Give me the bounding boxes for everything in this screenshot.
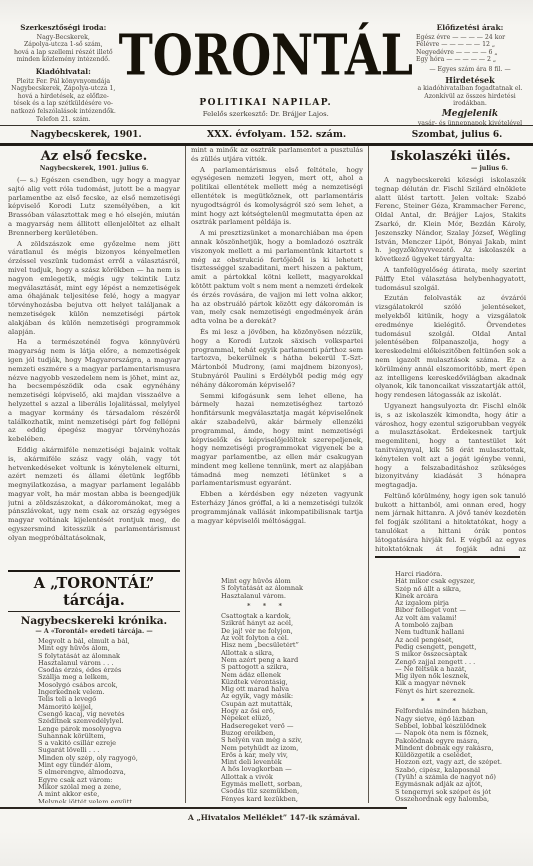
poem-line: Egymás mellett, sorban,: [221, 781, 363, 788]
publisher-lines: Pleitz Fer. Pál könyvnyomdájaNagybecsker…: [8, 78, 119, 124]
paragraph: A nagybecskereki községi iskolaszék tegn…: [375, 176, 526, 264]
poem-line: Nem petyhüdt az izom,: [221, 745, 363, 752]
poem-column-1: Megvolt a bál, elmult a bál,Mint egy hüv…: [8, 638, 180, 803]
office-lines: Nagy-Becskerek,Zápolya-utcza 1-ső szám,h…: [8, 34, 119, 64]
poem-line: Szikrát hányt az acél,: [221, 620, 363, 627]
feuilleton-header-rule: [8, 611, 180, 612]
poem-line: Nem azért peng a kard: [221, 657, 363, 664]
poem-line: S folytatását az álomnak: [38, 653, 180, 660]
poem-line: Hozzon ezt, vagy azt, de szépet.: [395, 759, 526, 766]
masthead-header: Szerkesztőségi iroda: Nagy-Becskerek,Záp…: [8, 24, 527, 124]
poem-line: A mint akkor este,: [38, 791, 180, 798]
office-line: minden közlemény intézendő.: [8, 56, 119, 64]
paragraph: A tanfelügyelőség átirata, mely szerint …: [375, 266, 526, 292]
subscription-rates: Egész évre — — — — 24 korFélévre — — — —…: [413, 34, 527, 64]
poem-line: — Ne féltsük a hazát,: [395, 666, 526, 673]
poem-line: Pedig csengett, pengett,: [395, 644, 526, 651]
poem-line: De jaj! vér ne folyjon,: [221, 628, 363, 635]
dateline-issue: XXX. évfolyam. 152. szám.: [172, 129, 381, 140]
poem-line: Hogy az ősi erő,: [221, 708, 363, 715]
column-3-rule: [375, 556, 520, 558]
poem-line: Küldözgetik a cselédet,: [395, 752, 526, 759]
masthead-center: TORONTÁL POLITIKAI NAPILAP. Felelős szer…: [119, 24, 413, 124]
paragraph: (— s.) Egészen csendben, ugy hogy a magy…: [8, 176, 180, 238]
ads-title: Hirdetések: [413, 77, 527, 85]
poem-line: Suhannak körültem,: [38, 733, 180, 740]
feuilleton-top-rule: [8, 570, 180, 572]
dateline-band: Nagybecskerek, 1901. XXX. évfolyam. 152.…: [0, 125, 533, 146]
rate-line: Negyedévre — — — — 6 „: [413, 49, 527, 57]
poem-line: Egymásnak adják az ajtót,: [395, 781, 526, 788]
lead-article-part1: Az első fecske. Nagybecskerek, 1901. jul…: [8, 146, 180, 570]
poem-line: Lenge párok mosolyogva: [38, 726, 180, 733]
poem-line: Széditnek szenvedélylyel.: [38, 718, 180, 725]
poem-line: Telis teli a levegő: [38, 696, 180, 703]
poem-line: S helyén van még a sziv,: [221, 737, 363, 744]
poem-line: Harci riadóra.: [395, 571, 526, 578]
poem-line: A tomboló zajban: [395, 622, 526, 629]
poem-line: Az volt ám valami!: [395, 615, 526, 622]
feuilleton-header: A „TORONTÁL” tárcája.: [8, 575, 180, 609]
poem-line: Bibor felleget vont —: [395, 607, 526, 614]
office-title: Szerkesztőségi iroda:: [8, 24, 119, 32]
poem-line: Szabó, cipész, kalaposnál: [395, 767, 526, 774]
poem-line: Szállja meg a lelkem,: [38, 674, 180, 681]
poem-column-2: Mint egy hüvös álomS folytatását az álom…: [191, 578, 363, 803]
paragraph: Semmi kifogásunk sem lehet ellene, ha bá…: [191, 392, 363, 489]
poem-line: Nem tudtunk hallani: [395, 629, 526, 636]
poem-line: Kik a magyar névnek: [395, 680, 526, 687]
paragraph: Ebben a kérdésben egy nézeten vagyunk Es…: [191, 490, 363, 525]
poem-line: (Tyüh! a számla de nagyot nő): [395, 774, 526, 781]
paragraph: Feltünő körülmény, hogy igen sok tanuló …: [375, 492, 526, 553]
lead-article-title: Az első fecske.: [8, 149, 180, 164]
kronika-subtitle: — A «Torontál» eredeti tárcája. —: [8, 628, 180, 635]
poem-line: Hát mikor csak egyszer,: [395, 578, 526, 585]
publisher-line: natkozó felszólalások intézendők.: [8, 108, 119, 116]
lead-article-dateline: Nagybecskerek, 1901. julius 6.: [8, 165, 180, 172]
paragraph: A mi presztizsünket a monarchiában ma ép…: [191, 229, 363, 326]
poem-line: Hisz nem „becsületért”: [221, 642, 363, 649]
poem-line: Küzdtek vérontásig,: [221, 679, 363, 686]
poem-line: Csattogtak a kardok,: [221, 613, 363, 620]
poem-line: Csengő kacaj, vig nevetés: [38, 711, 180, 718]
poem-line: A hős lovagkorban —: [221, 766, 363, 773]
stanza-separator: * * *: [221, 600, 363, 613]
lead-article-paragraphs: (— s.) Egészen csendben, ugy hogy a magy…: [8, 176, 180, 543]
newspaper-page: Szerkesztőségi iroda: Nagy-Becskerek,Záp…: [0, 0, 533, 866]
poem-line: Sebbel, lobbal készülődnek: [395, 723, 526, 730]
editorial-office-block: Szerkesztőségi iroda: Nagy-Becskerek,Záp…: [8, 24, 119, 124]
ads-line: a kiadóhivatalban fogadtatnak el.: [413, 85, 527, 93]
poem-line: S folytatását az álomnak: [221, 585, 363, 592]
poem-line: Buzog ereikben,: [221, 730, 363, 737]
publisher-line: Telefon 21. szám.: [8, 116, 119, 124]
poem-line: Csupán azt mutatták,: [221, 701, 363, 708]
poem-column-3: Harci riadóra.Hát mikor csak egyszer,Szé…: [375, 571, 526, 803]
dateline-date: Szombat, julius 6.: [381, 130, 533, 140]
office-line: Nagy-Becskerek,: [8, 34, 119, 42]
column-2: mint a minők az osztrák parlamentet a pu…: [185, 146, 368, 803]
school-article: Iskolaszéki ülés. — julius 6. A nagybecs…: [375, 146, 526, 553]
column-1: Az első fecske. Nagybecskerek, 1901. jul…: [8, 146, 185, 803]
poem-line: Állottak a vivók: [221, 774, 363, 781]
editor-line: Felelős szerkesztő: Dr. Brájjer Lajos.: [119, 110, 413, 118]
poem-line: Mint egy tündér álom,: [38, 762, 180, 769]
publisher-title: Kiadóhivatal:: [8, 68, 119, 76]
poem-line: Ingerkednek velem.: [38, 689, 180, 696]
rate-line: Egy hóra — — — — — 2 „: [413, 56, 527, 64]
poem-line: Sugarát lövelli . . .: [38, 747, 180, 754]
poem-line: Mikor szólal meg a zene,: [38, 784, 180, 791]
poem-line: Összehordnak egy halomba,: [395, 796, 526, 803]
body-columns: Az első fecske. Nagybecskerek, 1901. jul…: [8, 146, 526, 803]
poem-line: Pakolódnak egyre másra,: [395, 738, 526, 745]
poem-line: Hasztalanul várom . . .: [38, 660, 180, 667]
poem-line: Fényes kard kezükben,: [221, 796, 363, 803]
lead-article-paragraphs-2: A parlamentárismus első feltétele, hogy …: [191, 166, 363, 526]
poem-line: Az acél pengését,: [395, 637, 526, 644]
subscription-title: Előfizetési árak:: [413, 24, 527, 32]
poem-line: Hasztalanul várom.: [221, 593, 363, 600]
poem-line: Megvolt a bál, elmult a bál,: [38, 638, 180, 645]
poem-line: Felfordulás minden házban,: [395, 708, 526, 715]
poem-line: S elmerengve, álmodozva,: [38, 769, 180, 776]
publisher-line: Nagybecskerek, Zápolya-utcza 1,: [8, 85, 119, 93]
poem-line: Mig ott marad halva: [221, 686, 363, 693]
paragraph: Ezután felolvasták az évzárói vizsgálato…: [375, 294, 526, 400]
poem-line: Hadseregeket verő —: [221, 723, 363, 730]
poem-line: Mindent dobnak egy rakásra,: [395, 745, 526, 752]
paragraph: A zöldszászok eme győzelme nem jött vára…: [8, 240, 180, 337]
poem-line: Népeket elüző,: [221, 715, 363, 722]
poem-line: Az izgalom pirja: [395, 600, 526, 607]
poem-line: Melynek jöttét velem együtt: [38, 799, 180, 803]
footer-note: A „Hivatalos Melléklet” 147-ik számával.: [118, 813, 430, 822]
poem-line: — Napok óta nem is főznek,: [395, 730, 526, 737]
publisher-line: hová a hirdetések, az előfize-: [8, 93, 119, 101]
column-3: Iskolaszéki ülés. — julius 6. A nagybecs…: [368, 146, 526, 803]
paragraph: A parlamentárismus első feltétele, hogy …: [191, 166, 363, 228]
stanza-separator: * * *: [395, 695, 526, 708]
poem-line: Mint egy hüvös álom,: [38, 645, 180, 652]
poem-line: Állottak a sikra,: [221, 650, 363, 657]
poem-line: Mint egy hüvös álom: [221, 578, 363, 585]
paragraph: És mi lesz a jövőben, ha közönyösen nézz…: [191, 328, 363, 390]
single-copy-price: — Egyes szám ára 8 fil. —: [413, 66, 527, 74]
school-article-paragraphs: A nagybecskereki községi iskolaszék tegn…: [375, 176, 526, 553]
office-line: Zápolya-utcza 1-ső szám,: [8, 41, 119, 49]
poem-line: Mint deli leventék: [221, 759, 363, 766]
poem-line: Mámoritó kéjjel,: [38, 704, 180, 711]
paragraph: Ha a természeténél fogva könnyüvérü magy…: [8, 338, 180, 444]
poem-line: S mikor összecsaptak: [395, 651, 526, 658]
paper-title: TORONTÁL: [119, 21, 413, 89]
paragraph-continuation: mint a minők az osztrák parlamentet a pu…: [191, 146, 363, 164]
rate-line: Félévre — — — — — 12 „: [413, 41, 527, 49]
lead-article-part2: mint a minők az osztrák parlamentet a pu…: [191, 146, 363, 575]
poem-line: Fényt és hirt szereznek.: [395, 688, 526, 695]
subscription-block: Előfizetési árak: Egész évre — — — — 24 …: [413, 24, 527, 124]
poem-line: S a vakitó csillár ezreje: [38, 740, 180, 747]
poem-line: Egyre csak azt várom:: [38, 777, 180, 784]
poem-line: Erős a kar, mely viv,: [221, 752, 363, 759]
appears-title: Megjelenik: [413, 111, 527, 119]
paragraph: Ugyanezt hangsulyozta dr. Fischl elnök i…: [375, 402, 526, 490]
office-line: hová a lap szellemi részét illető: [8, 49, 119, 57]
ads-line: Azonkívül az összes hirdetési: [413, 93, 527, 101]
poem-line: Kinek arcára: [395, 593, 526, 600]
poem-line: Csodás érzés, édes érzés: [38, 667, 180, 674]
poem-line: Szép nő állt a sikra,: [395, 586, 526, 593]
poem-line: Nem ádáz ellenek: [221, 672, 363, 679]
poem-line: S tengernyi sok szépet és jót: [395, 789, 526, 796]
paper-subtitle: POLITIKAI NAPILAP.: [119, 98, 413, 108]
ads-line: irodákban.: [413, 100, 527, 108]
poem-line: Zengő zajjal zengett . . .: [395, 659, 526, 666]
footer-rule: [0, 807, 407, 809]
publisher-line: tések és a lap szétküldésére vo-: [8, 100, 119, 108]
poem-line: Minden oly szép, oly ragyogó,: [38, 755, 180, 762]
dateline-place: Nagybecskerek, 1901.: [0, 130, 172, 140]
publisher-line: Pleitz Fer. Pál könyvnyomdája: [8, 78, 119, 86]
poem-line: S pattogott a szikra,: [221, 664, 363, 671]
school-article-title: Iskolaszéki ülés.: [375, 149, 526, 164]
poem-line: Csodás tüz szemükben,: [221, 788, 363, 795]
poem-line: Az egyik, vagy másik:: [221, 693, 363, 700]
kronika-title: Nagybecskereki krónika.: [8, 615, 180, 627]
poem-line: Nagy sietve, égő lázban: [395, 716, 526, 723]
school-article-dateline: — julius 6.: [375, 165, 526, 172]
paragraph: Eddig akármiféle nemzetiségi bajaink vol…: [8, 446, 180, 543]
poem-line: Az volt folyton a cél.: [221, 635, 363, 642]
ads-lines: a kiadóhivatalban fogadtatnak el.Azonkív…: [413, 85, 527, 108]
rate-line: Egész évre — — — — 24 kor: [413, 34, 527, 42]
poem-line: Mosolygó csábos arcok,: [38, 682, 180, 689]
poem-line: Mig ilyen nők lesznek,: [395, 673, 526, 680]
